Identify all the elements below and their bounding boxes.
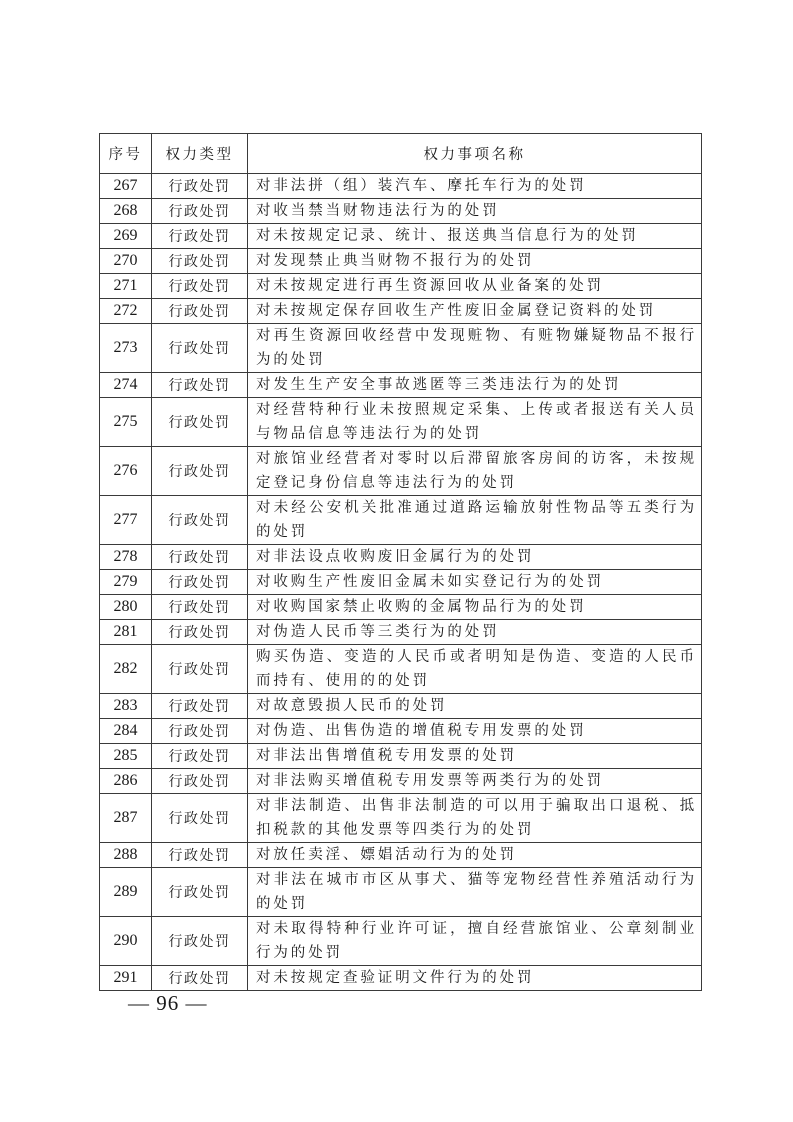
row-number: 280 — [100, 595, 152, 620]
row-number: 278 — [100, 545, 152, 570]
table-row: 286行政处罚对非法购买增值税专用发票等两类行为的处罚 — [100, 769, 702, 794]
row-power-type: 行政处罚 — [152, 966, 248, 991]
row-power-item-name: 对发生生产安全事故逃匿等三类违法行为的处罚 — [248, 373, 702, 398]
row-power-item-name: 对伪造人民币等三类行为的处罚 — [248, 620, 702, 645]
table-row: 291行政处罚对未按规定查验证明文件行为的处罚 — [100, 966, 702, 991]
row-power-type: 行政处罚 — [152, 595, 248, 620]
table-row: 282行政处罚购买伪造、变造的人民币或者明知是伪造、变造的人民币而持有、使用的的… — [100, 645, 702, 694]
table-row: 277行政处罚对未经公安机关批准通过道路运输放射性物品等五类行为的处罚 — [100, 496, 702, 545]
row-power-type: 行政处罚 — [152, 545, 248, 570]
row-power-item-name: 对非法设点收购废旧金属行为的处罚 — [248, 545, 702, 570]
row-power-type: 行政处罚 — [152, 794, 248, 843]
table-row: 285行政处罚对非法出售增值税专用发票的处罚 — [100, 744, 702, 769]
row-power-type: 行政处罚 — [152, 249, 248, 274]
row-power-type: 行政处罚 — [152, 843, 248, 868]
row-power-item-name: 对非法拼（组）装汽车、摩托车行为的处罚 — [248, 174, 702, 199]
table-row: 268行政处罚对收当禁当财物违法行为的处罚 — [100, 199, 702, 224]
row-power-item-name: 对未按规定保存回收生产性废旧金属登记资料的处罚 — [248, 299, 702, 324]
row-number: 274 — [100, 373, 152, 398]
header-name: 权力事项名称 — [248, 134, 702, 174]
row-power-type: 行政处罚 — [152, 199, 248, 224]
row-power-item-name: 对非法在城市市区从事犬、猫等宠物经营性养殖活动行为的处罚 — [248, 868, 702, 917]
row-power-item-name: 对放任卖淫、嫖娼活动行为的处罚 — [248, 843, 702, 868]
row-power-item-name: 对未按规定查验证明文件行为的处罚 — [248, 966, 702, 991]
row-power-item-name: 对经营特种行业未按照规定采集、上传或者报送有关人员与物品信息等违法行为的处罚 — [248, 398, 702, 447]
row-number: 272 — [100, 299, 152, 324]
table-row: 280行政处罚对收购国家禁止收购的金属物品行为的处罚 — [100, 595, 702, 620]
table-row: 290行政处罚对未取得特种行业许可证，擅自经营旅馆业、公章刻制业行为的处罚 — [100, 917, 702, 966]
table-row: 276行政处罚对旅馆业经营者对零时以后滞留旅客房间的访客，未按规定登记身份信息等… — [100, 447, 702, 496]
row-number: 289 — [100, 868, 152, 917]
page-number: — 96 — — [128, 991, 208, 1016]
row-power-type: 行政处罚 — [152, 299, 248, 324]
row-number: 273 — [100, 324, 152, 373]
row-power-item-name: 对未按规定进行再生资源回收从业备案的处罚 — [248, 274, 702, 299]
row-power-item-name: 对故意毁损人民币的处罚 — [248, 694, 702, 719]
row-number: 284 — [100, 719, 152, 744]
row-number: 287 — [100, 794, 152, 843]
row-number: 269 — [100, 224, 152, 249]
table-row: 289行政处罚对非法在城市市区从事犬、猫等宠物经营性养殖活动行为的处罚 — [100, 868, 702, 917]
row-power-item-name: 对未取得特种行业许可证，擅自经营旅馆业、公章刻制业行为的处罚 — [248, 917, 702, 966]
row-power-item-name: 对非法出售增值税专用发票的处罚 — [248, 744, 702, 769]
row-number: 279 — [100, 570, 152, 595]
row-number: 281 — [100, 620, 152, 645]
row-number: 288 — [100, 843, 152, 868]
row-number: 285 — [100, 744, 152, 769]
row-number: 291 — [100, 966, 152, 991]
row-power-type: 行政处罚 — [152, 398, 248, 447]
row-power-type: 行政处罚 — [152, 274, 248, 299]
row-number: 286 — [100, 769, 152, 794]
row-power-type: 行政处罚 — [152, 917, 248, 966]
table-row: 267行政处罚对非法拼（组）装汽车、摩托车行为的处罚 — [100, 174, 702, 199]
row-power-item-name: 对未经公安机关批准通过道路运输放射性物品等五类行为的处罚 — [248, 496, 702, 545]
row-number: 283 — [100, 694, 152, 719]
row-power-type: 行政处罚 — [152, 868, 248, 917]
row-power-item-name: 对非法购买增值税专用发票等两类行为的处罚 — [248, 769, 702, 794]
row-power-type: 行政处罚 — [152, 769, 248, 794]
table-row: 269行政处罚对未按规定记录、统计、报送典当信息行为的处罚 — [100, 224, 702, 249]
row-power-type: 行政处罚 — [152, 324, 248, 373]
table-row: 283行政处罚对故意毁损人民币的处罚 — [100, 694, 702, 719]
table-row: 278行政处罚对非法设点收购废旧金属行为的处罚 — [100, 545, 702, 570]
row-power-type: 行政处罚 — [152, 373, 248, 398]
row-power-type: 行政处罚 — [152, 224, 248, 249]
table-row: 271行政处罚对未按规定进行再生资源回收从业备案的处罚 — [100, 274, 702, 299]
table-body: 267行政处罚对非法拼（组）装汽车、摩托车行为的处罚268行政处罚对收当禁当财物… — [100, 174, 702, 991]
row-power-item-name: 对非法制造、出售非法制造的可以用于骗取出口退税、抵扣税款的其他发票等四类行为的处… — [248, 794, 702, 843]
row-number: 271 — [100, 274, 152, 299]
row-power-type: 行政处罚 — [152, 570, 248, 595]
row-number: 290 — [100, 917, 152, 966]
row-power-item-name: 对旅馆业经营者对零时以后滞留旅客房间的访客，未按规定登记身份信息等违法行为的处罚 — [248, 447, 702, 496]
header-number: 序号 — [100, 134, 152, 174]
header-type: 权力类型 — [152, 134, 248, 174]
row-power-item-name: 对收当禁当财物违法行为的处罚 — [248, 199, 702, 224]
table-row: 272行政处罚对未按规定保存回收生产性废旧金属登记资料的处罚 — [100, 299, 702, 324]
table-row: 275行政处罚对经营特种行业未按照规定采集、上传或者报送有关人员与物品信息等违法… — [100, 398, 702, 447]
table-row: 273行政处罚对再生资源回收经营中发现赃物、有赃物嫌疑物品不报行为的处罚 — [100, 324, 702, 373]
row-power-type: 行政处罚 — [152, 447, 248, 496]
row-number: 275 — [100, 398, 152, 447]
row-power-type: 行政处罚 — [152, 496, 248, 545]
row-power-item-name: 对收购生产性废旧金属未如实登记行为的处罚 — [248, 570, 702, 595]
row-power-type: 行政处罚 — [152, 620, 248, 645]
power-items-table: 序号 权力类型 权力事项名称 267行政处罚对非法拼（组）装汽车、摩托车行为的处… — [99, 133, 702, 991]
row-number: 282 — [100, 645, 152, 694]
row-number: 267 — [100, 174, 152, 199]
row-power-type: 行政处罚 — [152, 645, 248, 694]
row-number: 268 — [100, 199, 152, 224]
table-row: 270行政处罚对发现禁止典当财物不报行为的处罚 — [100, 249, 702, 274]
table-row: 287行政处罚对非法制造、出售非法制造的可以用于骗取出口退税、抵扣税款的其他发票… — [100, 794, 702, 843]
row-power-item-name: 购买伪造、变造的人民币或者明知是伪造、变造的人民币而持有、使用的的处罚 — [248, 645, 702, 694]
row-power-item-name: 对再生资源回收经营中发现赃物、有赃物嫌疑物品不报行为的处罚 — [248, 324, 702, 373]
table-row: 279行政处罚对收购生产性废旧金属未如实登记行为的处罚 — [100, 570, 702, 595]
table-row: 288行政处罚对放任卖淫、嫖娼活动行为的处罚 — [100, 843, 702, 868]
row-power-item-name: 对未按规定记录、统计、报送典当信息行为的处罚 — [248, 224, 702, 249]
row-power-type: 行政处罚 — [152, 694, 248, 719]
table-row: 274行政处罚对发生生产安全事故逃匿等三类违法行为的处罚 — [100, 373, 702, 398]
row-power-type: 行政处罚 — [152, 174, 248, 199]
row-power-item-name: 对收购国家禁止收购的金属物品行为的处罚 — [248, 595, 702, 620]
table-row: 284行政处罚对伪造、出售伪造的增值税专用发票的处罚 — [100, 719, 702, 744]
row-power-type: 行政处罚 — [152, 719, 248, 744]
table-header: 序号 权力类型 权力事项名称 — [100, 134, 702, 174]
row-number: 277 — [100, 496, 152, 545]
row-power-item-name: 对发现禁止典当财物不报行为的处罚 — [248, 249, 702, 274]
row-number: 270 — [100, 249, 152, 274]
row-number: 276 — [100, 447, 152, 496]
row-power-item-name: 对伪造、出售伪造的增值税专用发票的处罚 — [248, 719, 702, 744]
table-row: 281行政处罚对伪造人民币等三类行为的处罚 — [100, 620, 702, 645]
header-row: 序号 权力类型 权力事项名称 — [100, 134, 702, 174]
row-power-type: 行政处罚 — [152, 744, 248, 769]
